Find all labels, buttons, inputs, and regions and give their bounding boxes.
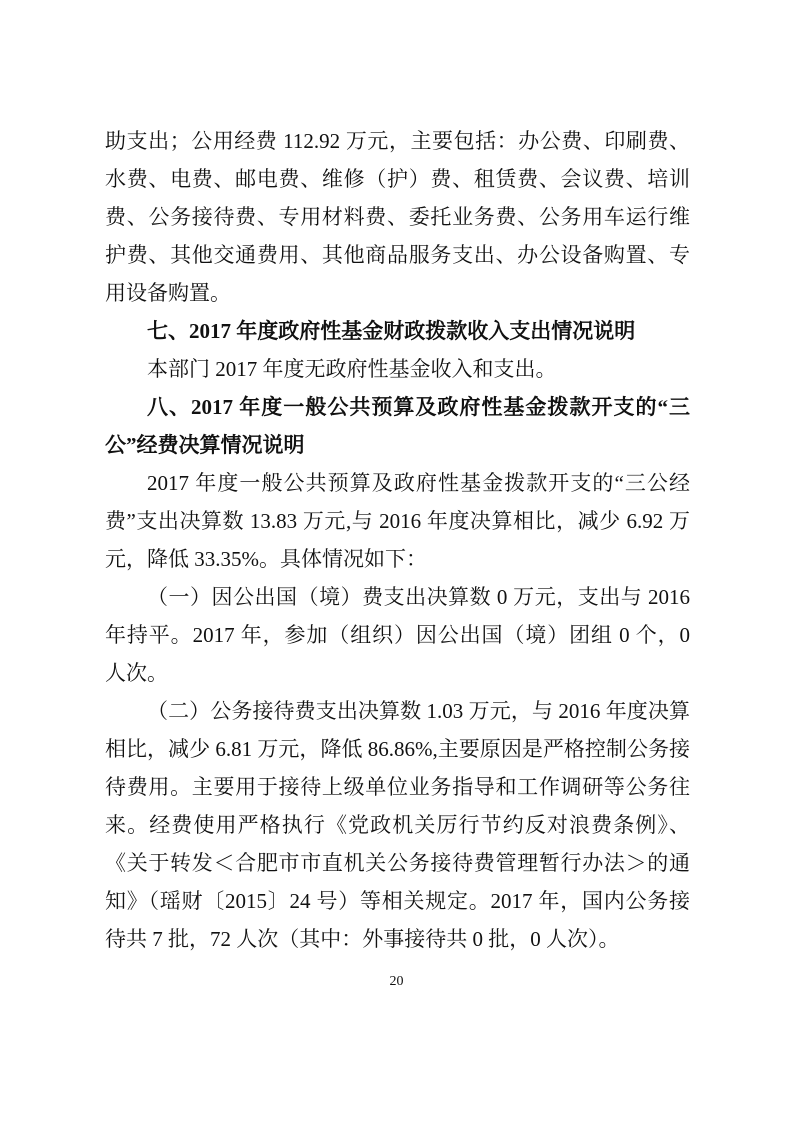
paragraph-item-1-abroad-expense: （一）因公出国（境）费支出决算数 0 万元，支出与 2016 年持平。2017 … xyxy=(105,578,690,692)
heading-section-8: 八、2017 年度一般公共预算及政府性基金拨款开支的“三公”经费决算情况说明 xyxy=(105,388,690,464)
continuation-paragraph: 助支出；公用经费 112.92 万元，主要包括：办公费、印刷费、水费、电费、邮电… xyxy=(105,122,690,312)
page-number: 20 xyxy=(0,972,793,992)
paragraph-item-2-reception-expense: （二）公务接待费支出决算数 1.03 万元，与 2016 年度决算相比，减少 6… xyxy=(105,692,690,958)
paragraph-sangong-summary: 2017 年度一般公共预算及政府性基金拨款开支的“三公经费”支出决算数 13.8… xyxy=(105,464,690,578)
document-page: 助支出；公用经费 112.92 万元，主要包括：办公费、印刷费、水费、电费、邮电… xyxy=(0,0,793,1122)
paragraph-gov-fund-statement: 本部门 2017 年度无政府性基金收入和支出。 xyxy=(105,350,690,388)
document-text-block: 助支出；公用经费 112.92 万元，主要包括：办公费、印刷费、水费、电费、邮电… xyxy=(105,122,690,958)
heading-section-7: 七、2017 年度政府性基金财政拨款收入支出情况说明 xyxy=(105,312,690,350)
